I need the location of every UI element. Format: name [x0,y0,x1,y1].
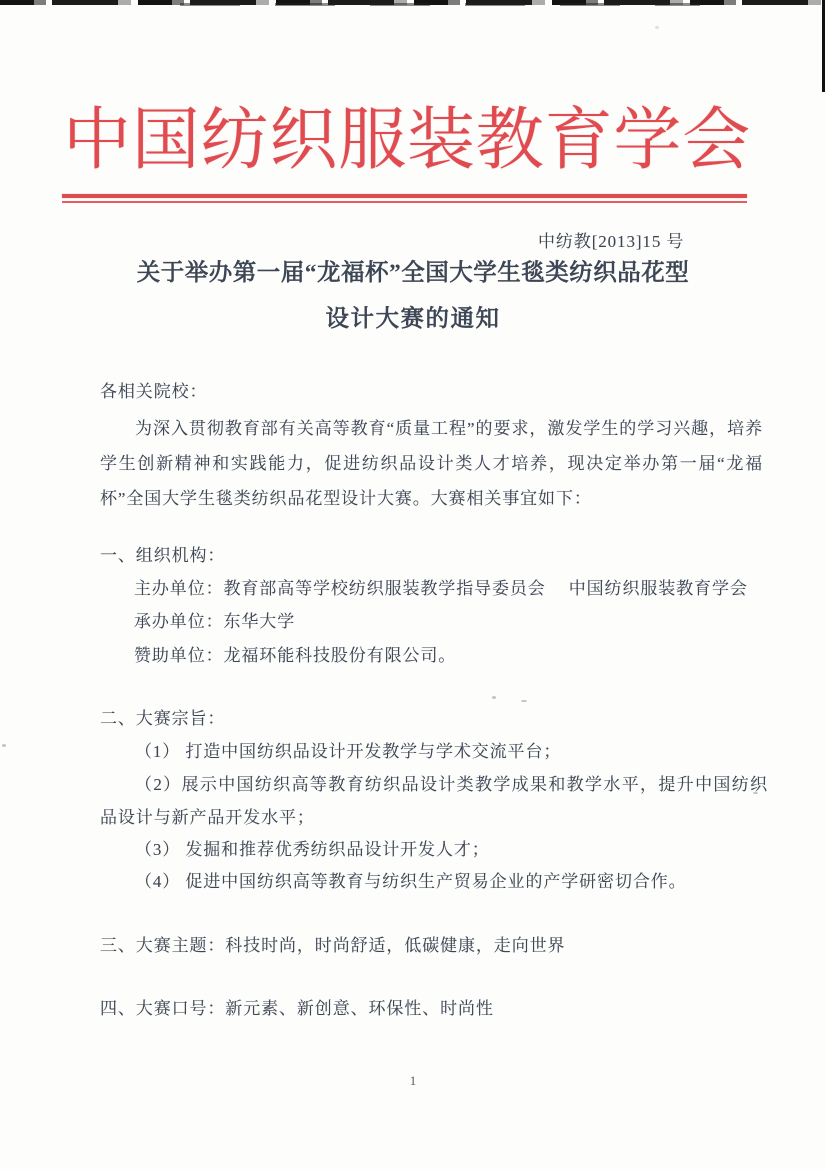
notice-title-line-1: 关于举办第一届“龙福杯”全国大学生毯类纺织品花型 [0,262,826,286]
section-4-slogan-line: 四、大赛口号：新元素、新创意、环保性、时尚性 [100,1000,494,1017]
notice-title-line-2: 设计大赛的通知 [0,308,826,332]
letterhead-rule-thick [62,194,747,198]
organizer-unit-line: 承办单位：东华大学 [134,613,295,630]
purpose-item-2: （2）展示中国纺织高等教育纺织品设计类教学成果和教学水平，提升中国纺织品设计与新… [100,768,768,834]
salutation: 各相关院校： [100,383,207,400]
page-number: 1 [0,1074,826,1087]
letterhead-org-name: 中国纺织服装教育学会 [63,106,758,174]
section-2-heading: 二、大赛宗旨： [100,710,225,727]
section-3-theme-line: 三、大赛主题：科技时尚，时尚舒适，低碳健康，走向世界 [100,937,565,954]
purpose-item-3: （3） 发掘和推荐优秀纺织品设计开发人才； [135,841,490,858]
scan-artifact-right-edge-line [822,0,825,92]
purpose-item-4: （4） 促进中国纺织高等教育与纺织生产贸易企业的产学研密切合作。 [135,873,687,890]
scan-speck [521,700,527,702]
purpose-item-1: （1） 打造中国纺织品设计开发教学与学术交流平台； [135,743,561,760]
section-1-heading: 一、组织机构： [100,547,225,564]
scan-speck [2,744,6,747]
intro-paragraph: 为深入贯彻教育部有关高等教育“质量工程”的要求，激发学生的学习兴趣，培养学生创新… [100,411,763,516]
sponsor-unit-line: 赞助单位：龙福环能科技股份有限公司。 [134,647,456,664]
doc-number: 中纺教[2013]15 号 [538,233,684,250]
scan-artifact-top-edge-2 [180,3,700,6]
host-unit-line: 主办单位：教育部高等学校纺织服装教学指导委员会 中国纺织服装教育学会 [134,580,748,597]
scan-speck [655,26,659,29]
scan-speck [492,696,496,699]
letterhead-rule-thin [62,201,747,203]
